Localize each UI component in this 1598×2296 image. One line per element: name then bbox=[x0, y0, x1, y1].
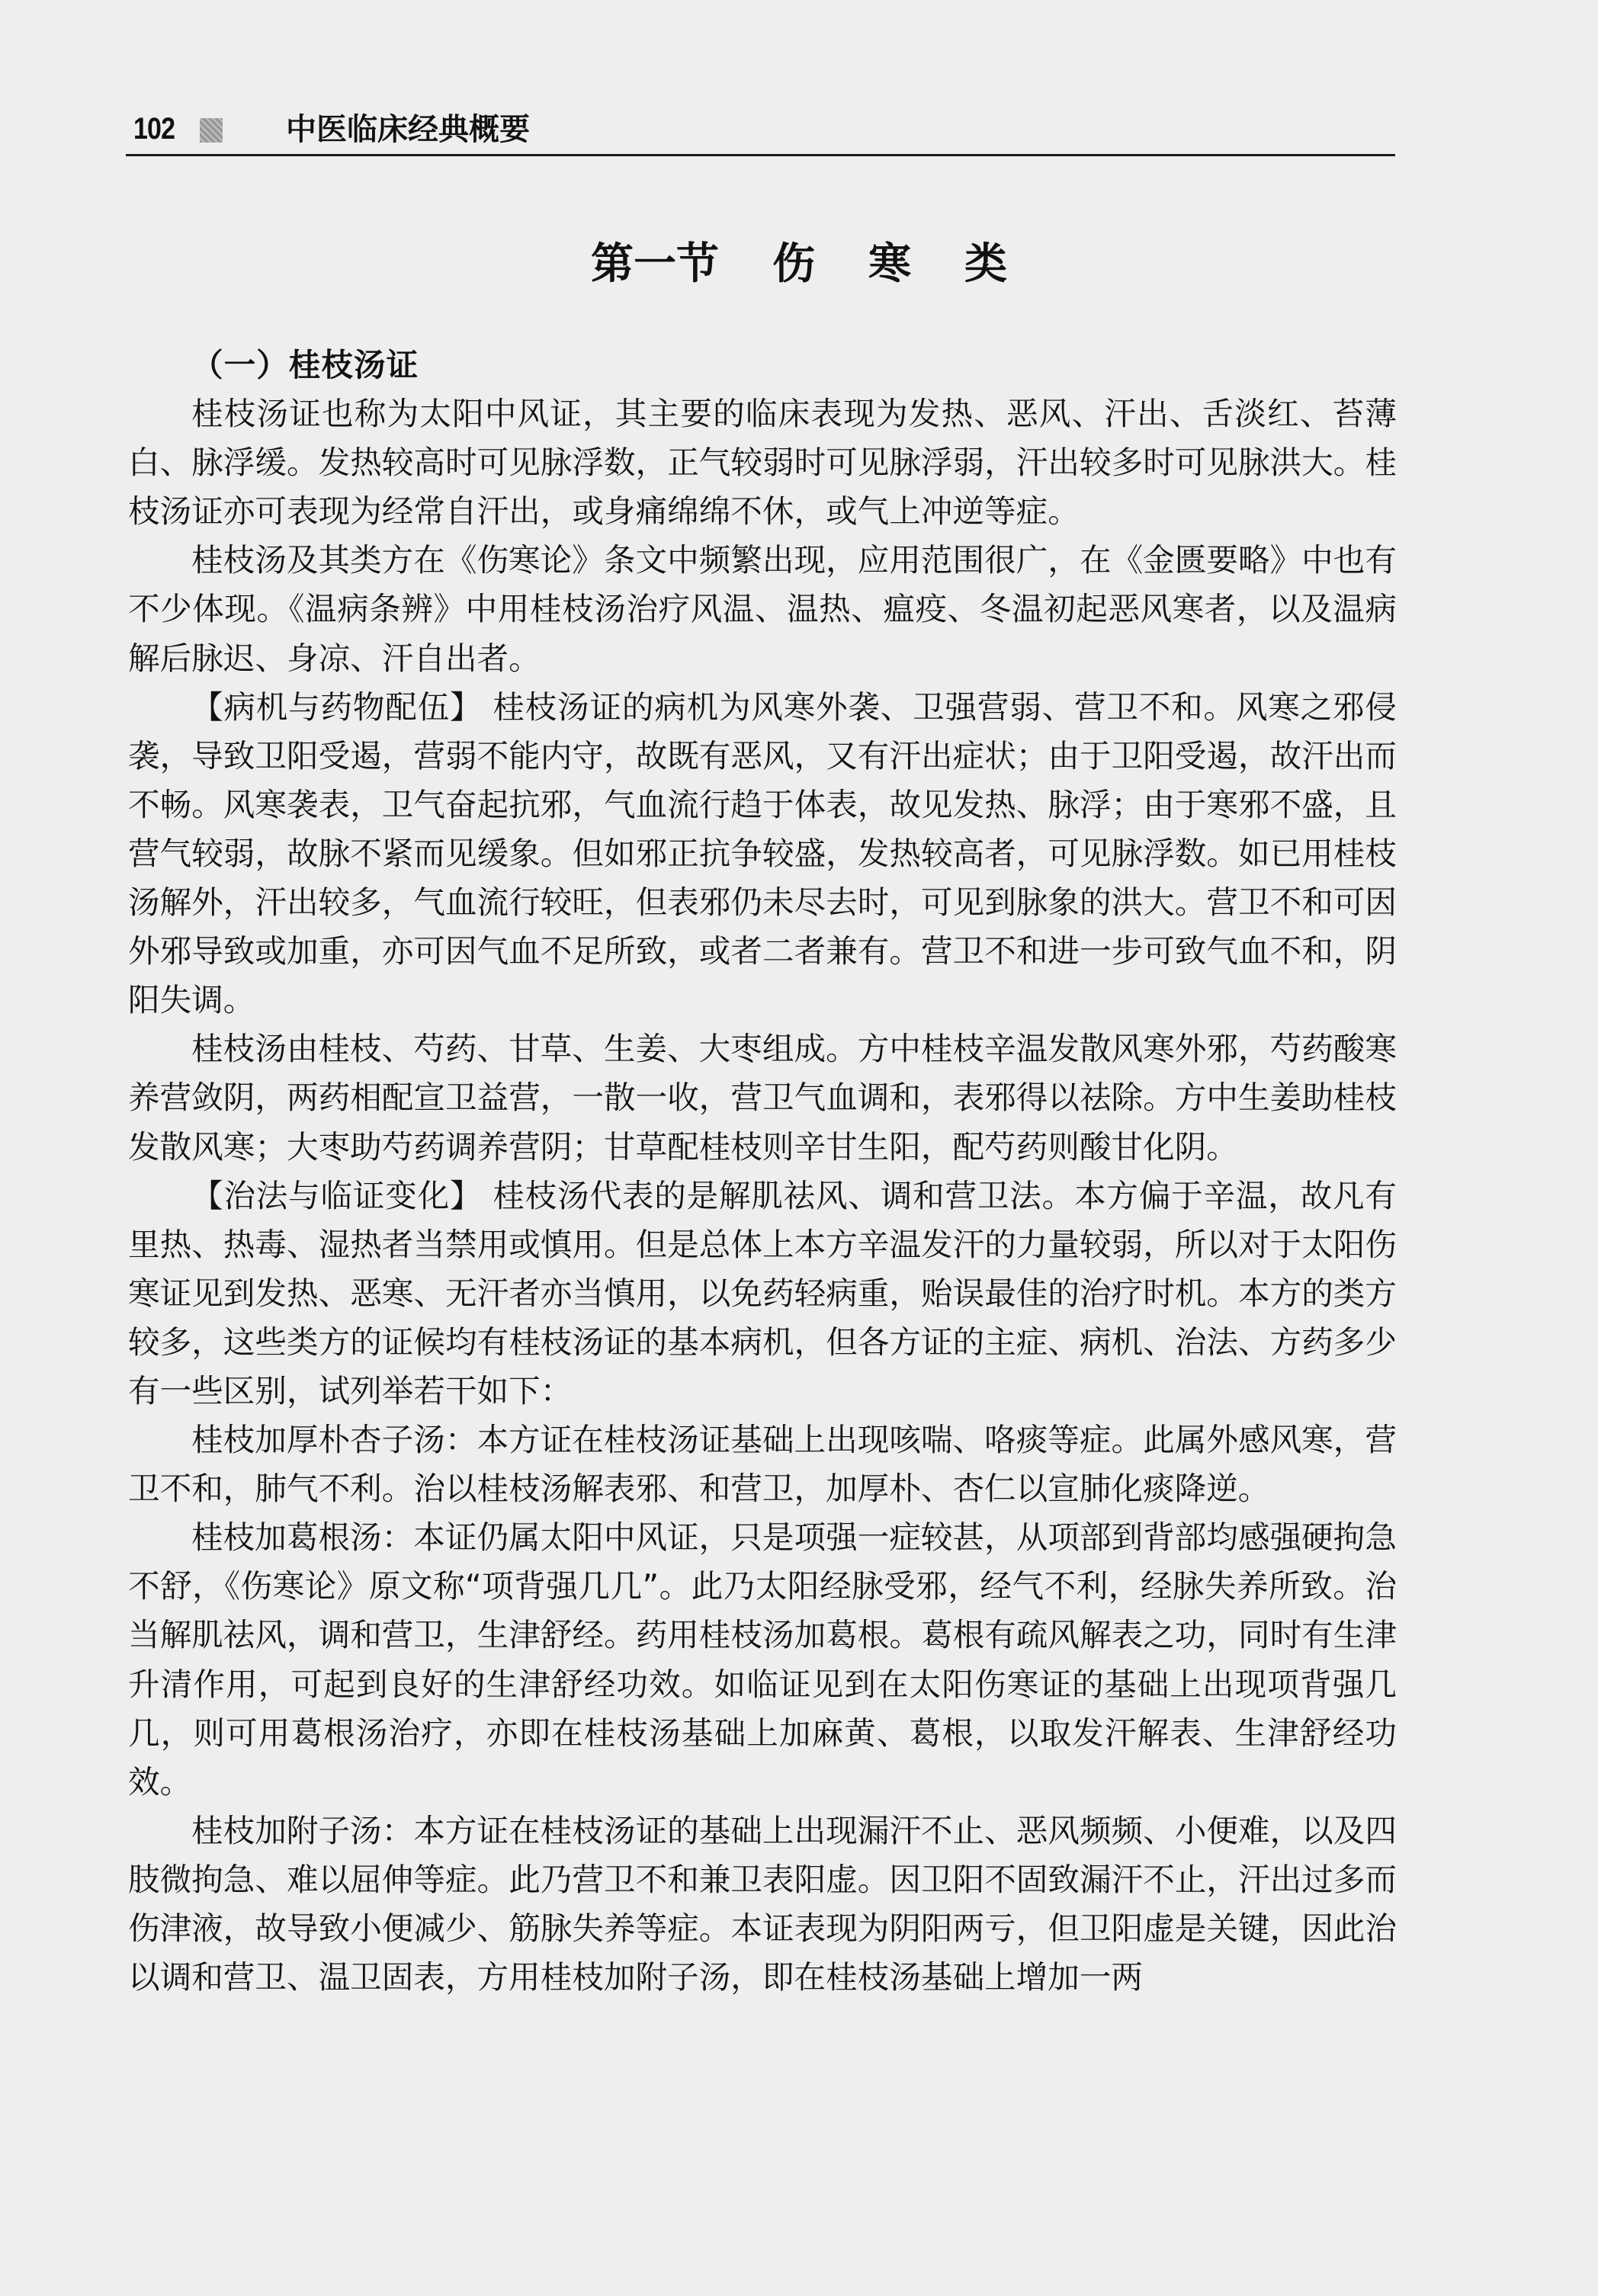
paragraph-text: 桂枝加葛根汤：本证仍属太阳中风证，只是项强一症较甚，从项部到背部均感强硬拘急不舒… bbox=[128, 1518, 1397, 1800]
section-title: 第一节伤寒类 bbox=[0, 238, 1598, 291]
paragraph-label: 【病机与药物配伍】 bbox=[191, 688, 482, 726]
paragraph-text: 桂枝加附子汤：本方证在桂枝汤证的基础上出现漏汗不止、恶风频频、小便难，以及四肢微… bbox=[128, 1812, 1397, 1996]
body-content: （一）桂枝汤证 桂枝汤证也称为太阳中风证，其主要的临床表现为发热、恶风、汗出、舌… bbox=[128, 341, 1397, 2002]
page-number: 102 bbox=[133, 111, 175, 146]
paragraph-pathogenesis: 【病机与药物配伍】 桂枝汤证的病机为风寒外袭、卫强营弱、营卫不和。风寒之邪侵袭，… bbox=[128, 683, 1397, 1025]
paragraph: 桂枝汤由桂枝、芍药、甘草、生姜、大枣组成。方中桂枝辛温发散风寒外邪，芍药酸寒养营… bbox=[128, 1025, 1397, 1171]
paragraph-text: 桂枝汤由桂枝、芍药、甘草、生姜、大枣组成。方中桂枝辛温发散风寒外邪，芍药酸寒养营… bbox=[128, 1030, 1397, 1165]
paragraph: 桂枝汤及其类方在《伤寒论》条文中频繁出现，应用范围很广，在《金匮要略》中也有不少… bbox=[128, 536, 1397, 682]
paragraph-text: 桂枝汤及其类方在《伤寒论》条文中频繁出现，应用范围很广，在《金匮要略》中也有不少… bbox=[128, 541, 1397, 676]
running-header: 102 中医临床经典概要 bbox=[126, 107, 1395, 156]
paragraph-variant-formula: 桂枝加厚朴杏子汤：本方证在桂枝汤证基础上出现咳喘、咯痰等症。此属外感风寒，营卫不… bbox=[128, 1416, 1397, 1513]
paragraph-text: 桂枝加厚朴杏子汤：本方证在桂枝汤证基础上出现咳喘、咯痰等症。此属外感风寒，营卫不… bbox=[128, 1421, 1397, 1507]
subsection-heading: （一）桂枝汤证 bbox=[128, 341, 1397, 390]
section-title-part: 第一节 bbox=[591, 239, 719, 289]
section-title-part: 伤 bbox=[772, 239, 815, 289]
paragraph: 桂枝汤证也称为太阳中风证，其主要的临床表现为发热、恶风、汗出、舌淡红、苔薄白、脉… bbox=[128, 390, 1397, 536]
paragraph-variant-formula: 桂枝加附子汤：本方证在桂枝汤证的基础上出现漏汗不止、恶风频频、小便难，以及四肢微… bbox=[128, 1807, 1397, 2002]
paragraph-label: 【治法与临证变化】 bbox=[191, 1177, 482, 1214]
paragraph-treatment: 【治法与临证变化】 桂枝汤代表的是解肌祛风、调和营卫法。本方偏于辛温，故凡有里热… bbox=[128, 1172, 1397, 1416]
section-title-part: 寒 bbox=[868, 239, 911, 289]
paragraph-variant-formula: 桂枝加葛根汤：本证仍属太阳中风证，只是项强一症较甚，从项部到背部均感强硬拘急不舒… bbox=[128, 1513, 1397, 1807]
paragraph-text: 桂枝汤证的病机为风寒外袭、卫强营弱、营卫不和。风寒之邪侵袭，导致卫阳受遏，营弱不… bbox=[128, 688, 1397, 1019]
section-title-part: 类 bbox=[964, 239, 1007, 289]
page-marker-icon bbox=[200, 118, 223, 143]
paragraph-text: 桂枝汤证也称为太阳中风证，其主要的临床表现为发热、恶风、汗出、舌淡红、苔薄白、脉… bbox=[128, 395, 1397, 530]
book-title: 中医临床经典概要 bbox=[286, 111, 530, 148]
